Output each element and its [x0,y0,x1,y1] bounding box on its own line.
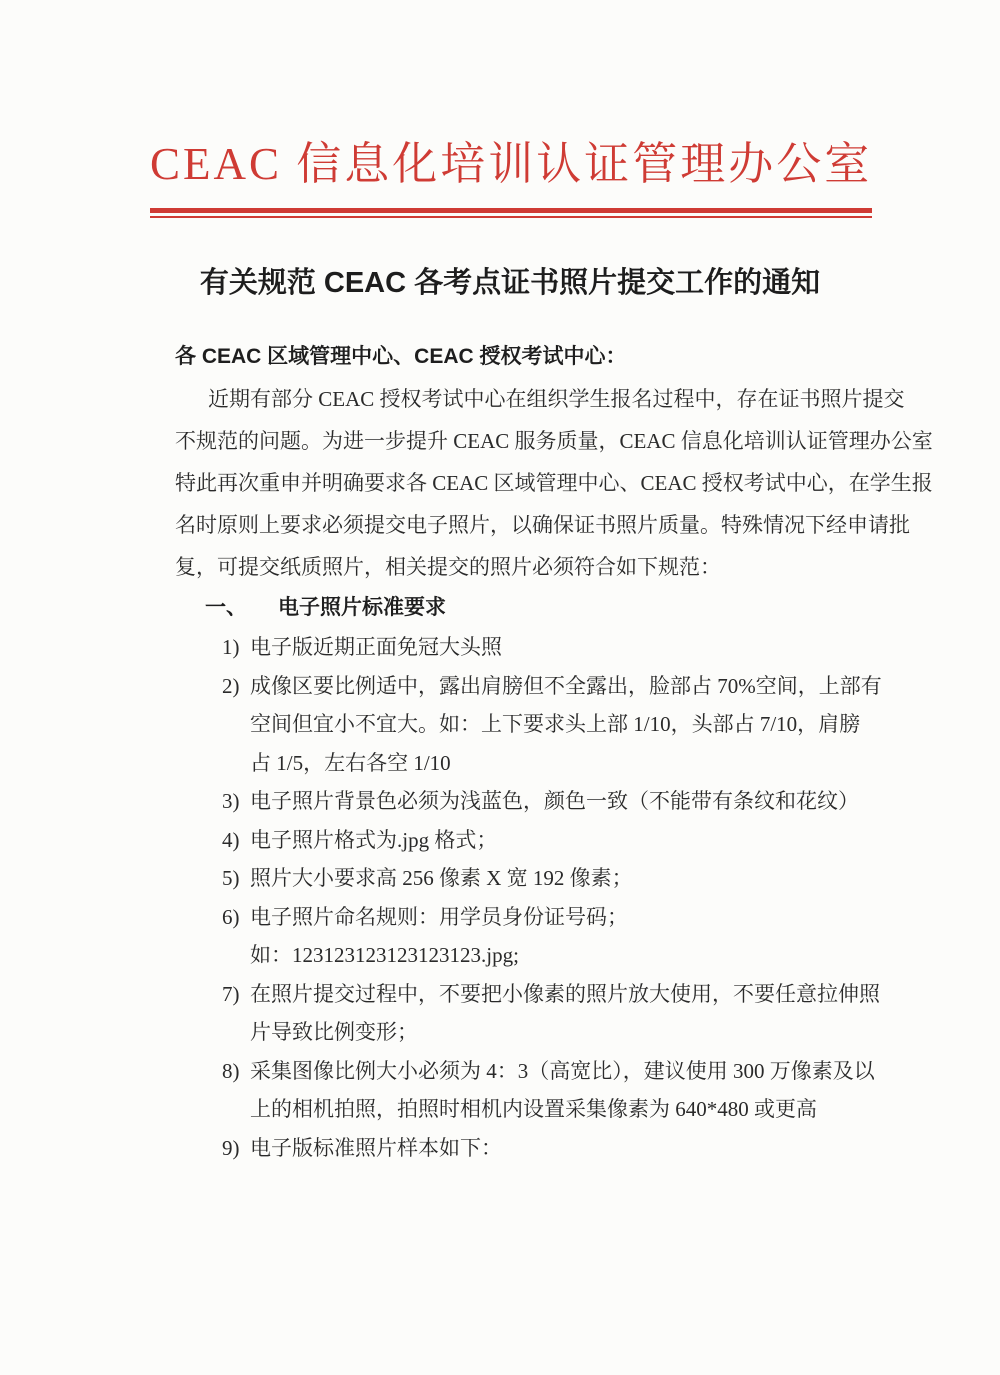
masthead-rule-thick [150,208,872,213]
item-marker: 8) [222,1052,250,1091]
masthead: CEAC 信息化培训认证管理办公室 [150,136,872,218]
masthead-rule-thin [150,216,872,218]
item-marker: 4) [222,821,250,860]
item-marker: 3) [222,782,250,821]
paragraph-line: 名时原则上要求必须提交电子照片，以确保证书照片质量。特殊情况下经申请批 [175,504,875,546]
list-item-7-continuation: 片导致比例变形； [175,1013,875,1052]
item-text: 电子照片背景色必须为浅蓝色，颜色一致（不能带有条纹和花纹） [250,789,859,813]
list-item-6-continuation: 如：123123123123123123.jpg; [175,936,875,975]
notice-body: 各 CEAC 区域管理中心、CEAC 授权考试中心： 近期有部分 CEAC 授权… [175,336,875,1167]
masthead-title: CEAC 信息化培训认证管理办公室 [150,136,872,192]
list-item-8-continuation: 上的相机拍照，拍照时相机内设置采集像素为 640*480 或更高 [175,1090,875,1129]
list-item-8: 8)采集图像比例大小必须为 4：3（高宽比），建议使用 300 万像素及以 [175,1052,875,1091]
notice-title: 有关规范 CEAC 各考点证书照片提交工作的通知 [130,263,890,303]
salutation: 各 CEAC 区域管理中心、CEAC 授权考试中心： [175,336,875,378]
list-item-7: 7)在照片提交过程中，不要把小像素的照片放大使用，不要任意拉伸照 [175,975,875,1014]
list-item-6: 6)电子照片命名规则：用学员身份证号码； [175,898,875,937]
item-text: 采集图像比例大小必须为 4：3（高宽比），建议使用 300 万像素及以 [250,1059,875,1083]
list-item-2-continuation: 占 1/5，左右各空 1/10 [175,744,875,783]
list-item-4: 4)电子照片格式为.jpg 格式； [175,821,875,860]
section-marker: 一、 [205,588,278,628]
section-title: 电子照片标准要求 [278,596,446,619]
item-marker: 7) [222,975,250,1014]
list-item-2-continuation: 空间但宜小不宜大。如：上下要求头上部 1/10，头部占 7/10，肩膀 [175,705,875,744]
list-item-5: 5)照片大小要求高 256 像素 X 宽 192 像素； [175,859,875,898]
item-marker: 6) [222,898,250,937]
item-text: 电子版标准照片样本如下： [250,1136,502,1160]
item-marker: 2) [222,667,250,706]
list-item-3: 3)电子照片背景色必须为浅蓝色，颜色一致（不能带有条纹和花纹） [175,782,875,821]
list-item-1: 1)电子版近期正面免冠大头照 [175,628,875,667]
paragraph-line: 不规范的问题。为进一步提升 CEAC 服务质量，CEAC 信息化培训认证管理办公… [175,420,875,462]
scanned-notice-page: CEAC 信息化培训认证管理办公室 有关规范 CEAC 各考点证书照片提交工作的… [0,0,1000,1375]
item-marker: 5) [222,859,250,898]
paragraph-line: 复，可提交纸质照片，相关提交的照片必须符合如下规范： [175,546,875,588]
paragraph-line: 特此再次重申并明确要求各 CEAC 区域管理中心、CEAC 授权考试中心，在学生… [175,462,875,504]
item-text: 照片大小要求高 256 像素 X 宽 192 像素； [250,866,633,890]
list-item-9: 9)电子版标准照片样本如下： [175,1129,875,1168]
item-text: 在照片提交过程中，不要把小像素的照片放大使用，不要任意拉伸照 [250,982,880,1006]
item-marker: 1) [222,628,250,667]
item-text: 电子照片命名规则：用学员身份证号码； [250,905,628,929]
paragraph-line: 近期有部分 CEAC 授权考试中心在组织学生报名过程中，存在证书照片提交 [175,378,875,420]
item-text: 电子照片格式为.jpg 格式； [250,828,497,852]
item-text: 电子版近期正面免冠大头照 [250,635,502,659]
item-text: 成像区要比例适中，露出肩膀但不全露出，脸部占 70%空间，上部有 [250,674,882,698]
section-heading: 一、电子照片标准要求 [175,588,875,628]
list-item-2: 2)成像区要比例适中，露出肩膀但不全露出，脸部占 70%空间，上部有 [175,667,875,706]
item-marker: 9) [222,1129,250,1168]
